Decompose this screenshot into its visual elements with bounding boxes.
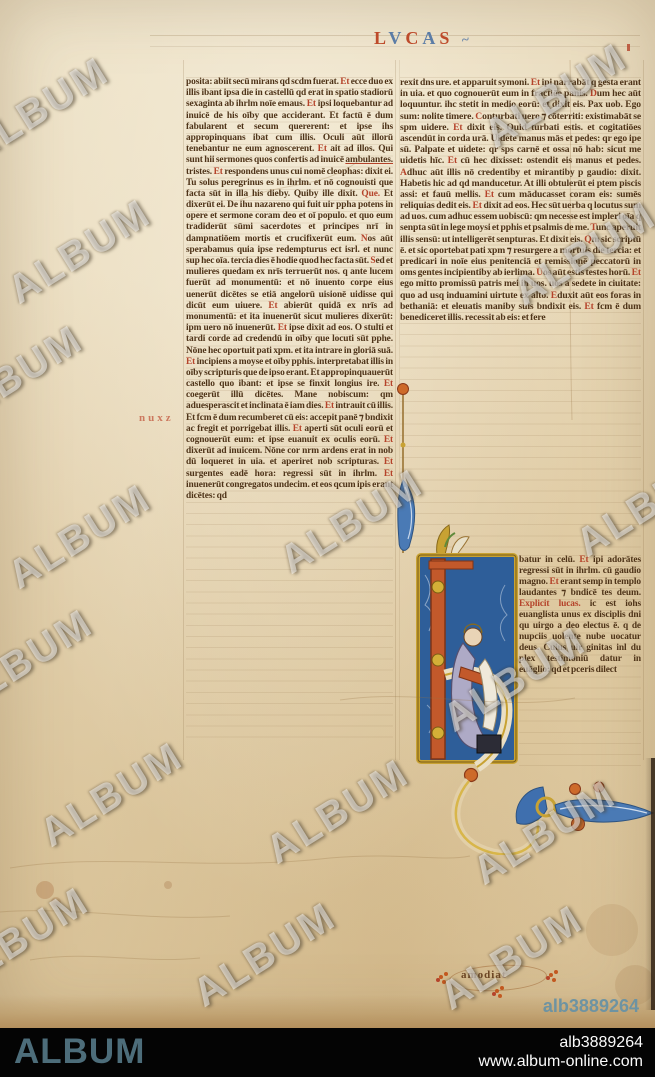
stock-photo-page: { "header": { "title": "LVCAS", "title_l… [0, 0, 655, 1077]
catchword-ornament-bottom [495, 989, 499, 993]
catchword-cartouche: amodiat [437, 963, 567, 995]
album-logo: ALBUM [14, 1032, 145, 1072]
catchword-text: amodiat [461, 969, 507, 981]
photo-id-overlay: alb3889264 [543, 996, 639, 1017]
manuscript-photo: LVCAS ~ posita: abiit secū mirans qd scd… [0, 0, 655, 1028]
credit-url: www.album-online.com [478, 1052, 643, 1071]
parchment-texture [0, 0, 655, 1028]
credit-text: alb3889264 www.album-online.com [478, 1033, 643, 1071]
catchword-ornament-left [439, 975, 443, 979]
credit-bar: ALBUM alb3889264 www.album-online.com [0, 1028, 655, 1077]
page-right-edge [645, 758, 655, 1010]
credit-id: alb3889264 [478, 1033, 643, 1052]
catchword-ornament-right [549, 973, 553, 977]
